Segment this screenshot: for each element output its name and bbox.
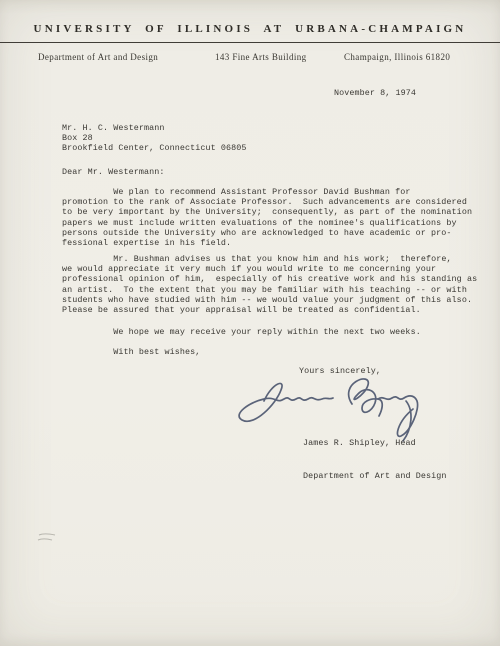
body-paragraph-2: Mr. Bushman advises us that you know him…: [62, 254, 482, 315]
signer-title-line: Department of Art and Design: [303, 471, 447, 482]
salutation: Dear Mr. Westermann:: [62, 167, 165, 177]
scanned-letter-page: UNIVERSITY OF ILLINOIS AT URBANA-CHAMPAI…: [0, 0, 500, 646]
signer-block: James R. Shipley, Head Department of Art…: [303, 415, 447, 505]
body-paragraph-1: We plan to recommend Assistant Professor…: [62, 187, 482, 248]
body-paragraph-4: With best wishes,: [62, 347, 482, 357]
letterhead-department: Department of Art and Design: [38, 52, 158, 62]
signer-name-line: James R. Shipley, Head: [303, 438, 447, 449]
letterhead-city: Champaign, Illinois 61820: [344, 52, 450, 62]
letterhead-building: 143 Fine Arts Building: [215, 52, 307, 62]
body-paragraph-3: We hope we may receive your reply within…: [62, 327, 482, 337]
pencil-mark: [35, 531, 59, 545]
letterhead-university-name: UNIVERSITY OF ILLINOIS AT URBANA-CHAMPAI…: [0, 23, 500, 35]
date-line: November 8, 1974: [334, 88, 416, 98]
recipient-address-block: Mr. H. C. Westermann Box 28 Brookfield C…: [62, 123, 247, 154]
letterhead-rule: [0, 42, 500, 43]
